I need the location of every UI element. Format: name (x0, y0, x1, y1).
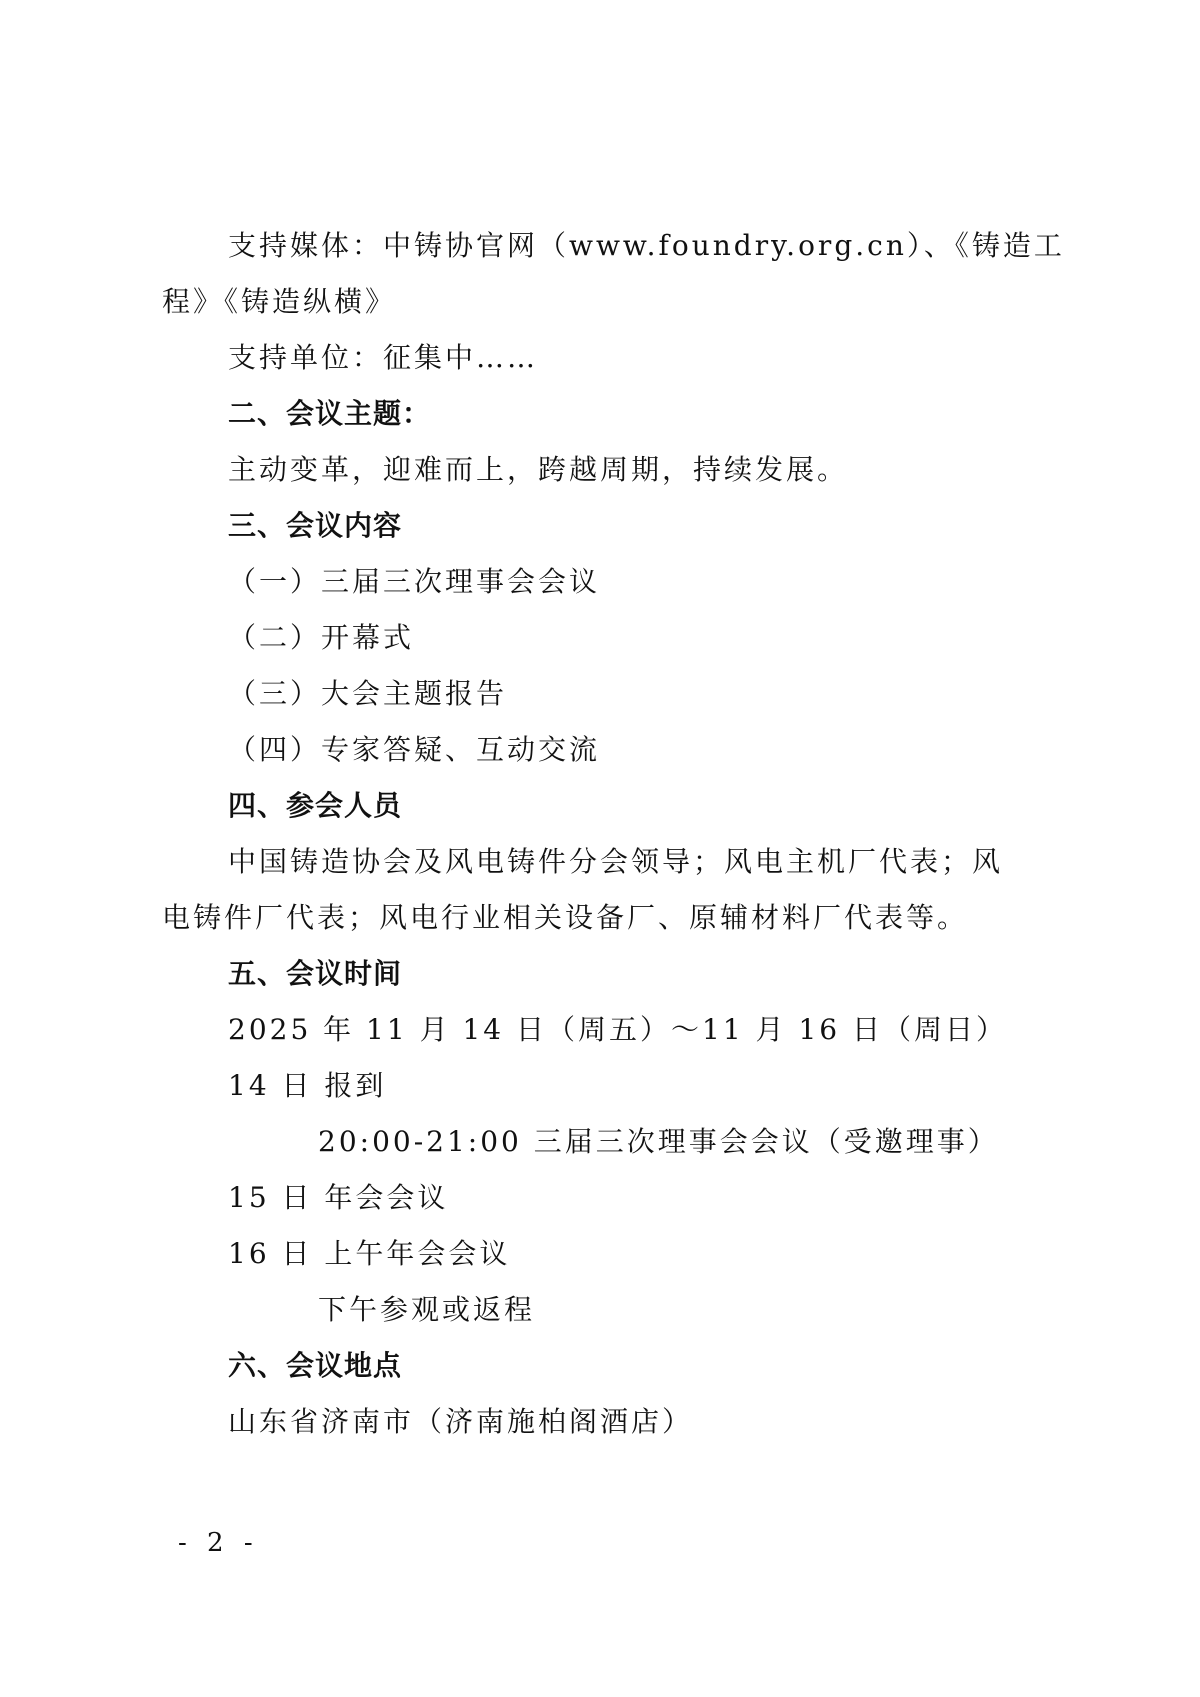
text-line: （一）三届三次理事会会议 (228, 564, 600, 600)
text-line: （三）大会主题报告 (228, 676, 507, 712)
text-line: （四）专家答疑、互动交流 (228, 732, 600, 768)
text-line: 2025 年 11 月 14 日（周五）～11 月 16 日（周日） (228, 1012, 1007, 1048)
text-line: 程》《铸造纵横》 (162, 284, 396, 320)
text-line: 20:00-21:00 三届三次理事会会议（受邀理事） (318, 1124, 999, 1160)
text-line: 支持媒体：中铸协官网（www.foundry.org.cn）、《铸造工 (228, 228, 1065, 264)
text-line: 16 日 上午年会会议 (228, 1236, 510, 1272)
text-line: 支持单位：征集中…… (228, 340, 538, 376)
page-number: - 2 - (178, 1528, 259, 1558)
text-line: 下午参观或返程 (318, 1292, 535, 1328)
text-line: （二）开幕式 (228, 620, 414, 656)
section-heading: 二、会议主题： (228, 396, 431, 432)
section-heading: 六、会议地点 (228, 1348, 402, 1384)
text-line: 14 日 报到 (228, 1068, 386, 1104)
text-line: 主动变革，迎难而上，跨越周期，持续发展。 (228, 452, 848, 488)
text-line: 山东省济南市（济南施柏阁酒店） (228, 1404, 693, 1440)
section-heading: 三、会议内容 (228, 508, 402, 544)
text-line: 电铸件厂代表；风电行业相关设备厂、原辅材料厂代表等。 (162, 900, 968, 936)
text-line: 中国铸造协会及风电铸件分会领导；风电主机厂代表；风 (228, 844, 1003, 880)
text-line: 15 日 年会会议 (228, 1180, 448, 1216)
section-heading: 五、会议时间 (228, 956, 402, 992)
section-heading: 四、参会人员 (228, 788, 402, 824)
